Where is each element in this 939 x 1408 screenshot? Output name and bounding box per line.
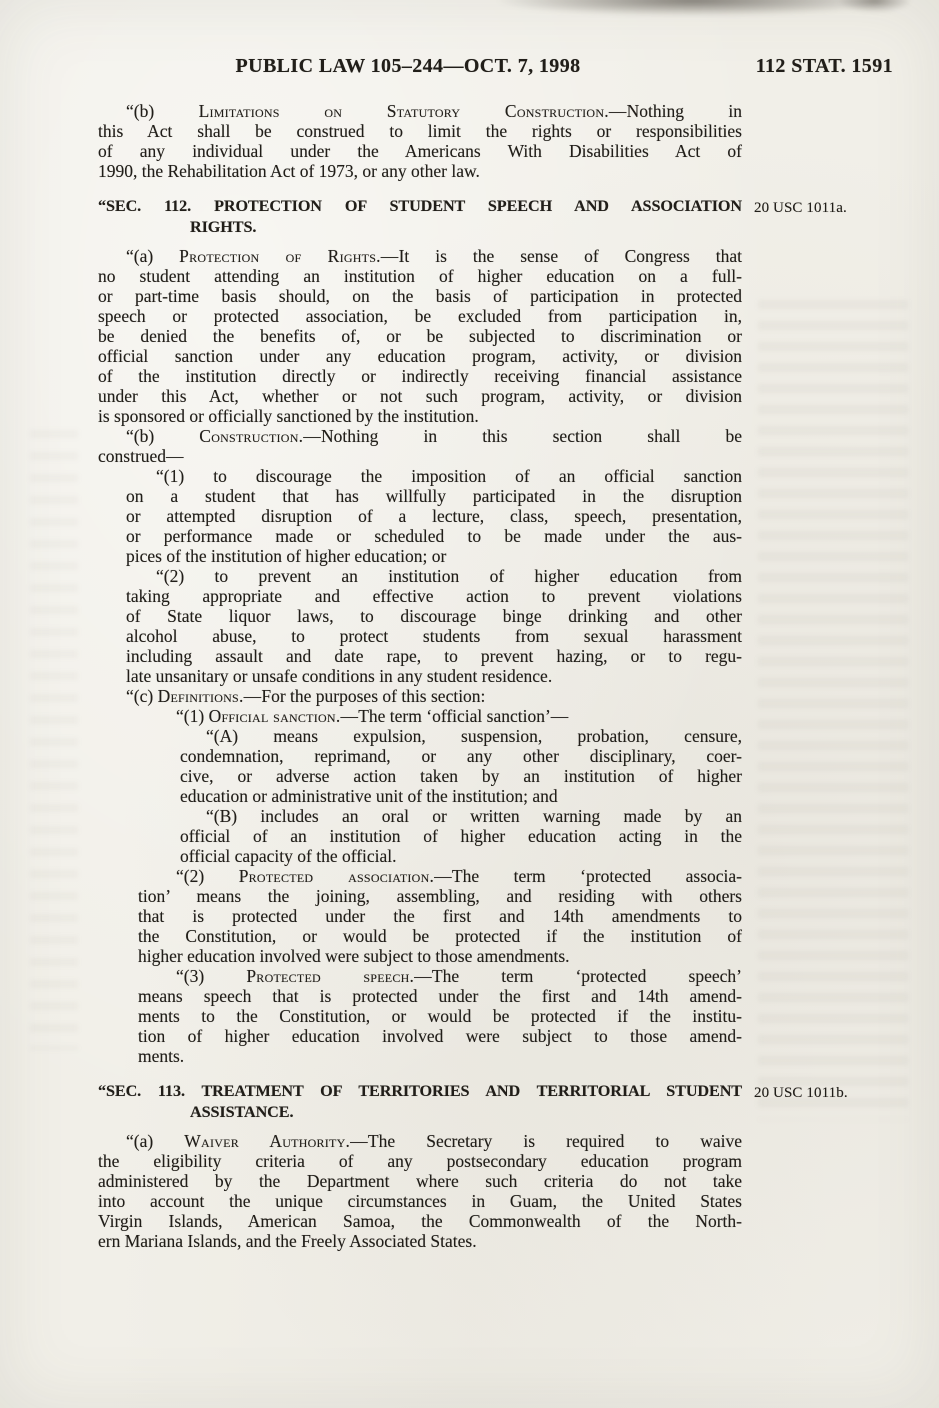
text-line: “(a) Waiver Authority.—The Secretary is … bbox=[98, 1131, 742, 1151]
definition-3-protected-speech: “(3) Protected speech.—The term ‘protect… bbox=[98, 966, 742, 1066]
text-line: official sanction under any education pr… bbox=[98, 346, 742, 366]
text-line: “(1) to discourage the imposition of an … bbox=[98, 466, 742, 486]
text-line: alcohol abuse, to protect students from … bbox=[98, 626, 742, 646]
paragraph-c-definitions: “(c) Definitions.—For the purposes of th… bbox=[98, 686, 742, 706]
text-line: cive, or adverse action taken by an inst… bbox=[98, 766, 742, 786]
uscode-margin-note: 20 USC 1011b. bbox=[754, 1083, 939, 1104]
text-line: that is protected under the first and 14… bbox=[98, 906, 742, 926]
text-line: be denied the benefits of, or be subject… bbox=[98, 326, 742, 346]
clause-2-prevent: “(2) to prevent an institution of higher… bbox=[98, 566, 742, 686]
text-line: “(b) Construction.—Nothing in this secti… bbox=[98, 426, 742, 446]
text-line: “(1) Official sanction.—The term ‘offici… bbox=[98, 706, 742, 726]
document-column: “(b) Limitations on Statutory Constructi… bbox=[98, 101, 742, 1251]
text-line: or part-time basis should, on the basis … bbox=[98, 286, 742, 306]
section-112-heading: “SEC. 112. PROTECTION OF STUDENT SPEECH … bbox=[98, 196, 742, 238]
text-line: or attempted disruption of a lecture, cl… bbox=[98, 506, 742, 526]
running-head: PUBLIC LAW 105–244—OCT. 7, 1998 112 STAT… bbox=[0, 55, 939, 83]
text-line: “(2) to prevent an institution of higher… bbox=[98, 566, 742, 586]
text-line: 1990, the Rehabilitation Act of 1973, or… bbox=[98, 161, 742, 181]
text-line: of the institution directly or indirectl… bbox=[98, 366, 742, 386]
text-line: condemnation, reprimand, or any other di… bbox=[98, 746, 742, 766]
clause-1-discourage: “(1) to discourage the imposition of an … bbox=[98, 466, 742, 566]
text-line: official capacity of the official. bbox=[98, 846, 742, 866]
text-line: tion of higher education involved were s… bbox=[98, 1026, 742, 1046]
text-line: on a student that has willfully particip… bbox=[98, 486, 742, 506]
text-line: the eligibility criteria of any postseco… bbox=[98, 1151, 742, 1171]
subclause-b-includes: “(B) includes an oral or written warning… bbox=[98, 806, 742, 866]
text-line: ern Mariana Islands, and the Freely Asso… bbox=[98, 1231, 742, 1251]
text-line: ments. bbox=[98, 1046, 742, 1066]
header-stat-page-number: 112 STAT. 1591 bbox=[756, 55, 893, 78]
text-line: pices of the institution of higher educa… bbox=[98, 546, 742, 566]
text-line: under this Act, whether or not such prog… bbox=[98, 386, 742, 406]
scan-smudge-top bbox=[498, 0, 888, 16]
text-line: higher education involved were subject t… bbox=[98, 946, 742, 966]
text-line: RIGHTS. bbox=[98, 217, 742, 238]
section-113-heading: “SEC. 113. TREATMENT OF TERRITORIES AND … bbox=[98, 1081, 742, 1123]
bleedthrough-ghost-text-left bbox=[30, 430, 78, 1050]
bleedthrough-ghost-text-right bbox=[758, 300, 908, 1120]
text-line: “SEC. 112. PROTECTION OF STUDENT SPEECH … bbox=[98, 196, 742, 217]
subclause-a-means: “(A) means expulsion, suspension, probat… bbox=[98, 726, 742, 806]
text-line: no student attending an institution of h… bbox=[98, 266, 742, 286]
text-line: ASSISTANCE. bbox=[98, 1102, 742, 1123]
text-line: “(2) Protected association.—The term ‘pr… bbox=[98, 866, 742, 886]
text-line: construed— bbox=[98, 446, 742, 466]
paragraph-b-construction: “(b) Construction.—Nothing in this secti… bbox=[98, 426, 742, 466]
paragraph-b-limitations: “(b) Limitations on Statutory Constructi… bbox=[98, 101, 742, 181]
header-law-title: PUBLIC LAW 105–244—OCT. 7, 1998 bbox=[86, 55, 730, 78]
text-line: this Act shall be construed to limit the… bbox=[98, 121, 742, 141]
text-line: “(A) means expulsion, suspension, probat… bbox=[98, 726, 742, 746]
text-line: “(a) Protection of Rights.—It is the sen… bbox=[98, 246, 742, 266]
text-line: of any individual under the Americans Wi… bbox=[98, 141, 742, 161]
text-line: “(B) includes an oral or written warning… bbox=[98, 806, 742, 826]
definition-2-protected-association: “(2) Protected association.—The term ‘pr… bbox=[98, 866, 742, 966]
scan-smudge-top-right bbox=[840, 0, 910, 12]
text-line: “(3) Protected speech.—The term ‘protect… bbox=[98, 966, 742, 986]
definition-1-official-sanction: “(1) Official sanction.—The term ‘offici… bbox=[98, 706, 742, 726]
text-line: official of an institution of higher edu… bbox=[98, 826, 742, 846]
text-line: “(b) Limitations on Statutory Constructi… bbox=[98, 101, 742, 121]
text-line: ments to the Constitution, or would be p… bbox=[98, 1006, 742, 1026]
text-line: “(c) Definitions.—For the purposes of th… bbox=[98, 686, 742, 706]
text-line: speech or protected association, be excl… bbox=[98, 306, 742, 326]
text-line: means speech that is protected under the… bbox=[98, 986, 742, 1006]
text-line: the Constitution, or would be protected … bbox=[98, 926, 742, 946]
paragraph-a-waiver-authority: “(a) Waiver Authority.—The Secretary is … bbox=[98, 1131, 742, 1251]
text-line: tion’ means the joining, assembling, and… bbox=[98, 886, 742, 906]
text-line: into account the unique circumstances in… bbox=[98, 1191, 742, 1211]
paragraph-a-protection-of-rights: “(a) Protection of Rights.—It is the sen… bbox=[98, 246, 742, 426]
text-line: including assault and date rape, to prev… bbox=[98, 646, 742, 666]
text-line: of State liquor laws, to discourage bing… bbox=[98, 606, 742, 626]
text-line: late unsanitary or unsafe conditions in … bbox=[98, 666, 742, 686]
text-line: taking appropriate and effective action … bbox=[98, 586, 742, 606]
text-line: “SEC. 113. TREATMENT OF TERRITORIES AND … bbox=[98, 1081, 742, 1102]
text-line: or performance made or scheduled to be m… bbox=[98, 526, 742, 546]
text-line: administered by the Department where suc… bbox=[98, 1171, 742, 1191]
text-line: education or administrative unit of the … bbox=[98, 786, 742, 806]
uscode-margin-note: 20 USC 1011a. bbox=[754, 198, 939, 219]
text-line: Virgin Islands, American Samoa, the Comm… bbox=[98, 1211, 742, 1231]
scanned-statute-page: PUBLIC LAW 105–244—OCT. 7, 1998 112 STAT… bbox=[0, 0, 939, 1408]
text-line: is sponsored or officially sanctioned by… bbox=[98, 406, 742, 426]
